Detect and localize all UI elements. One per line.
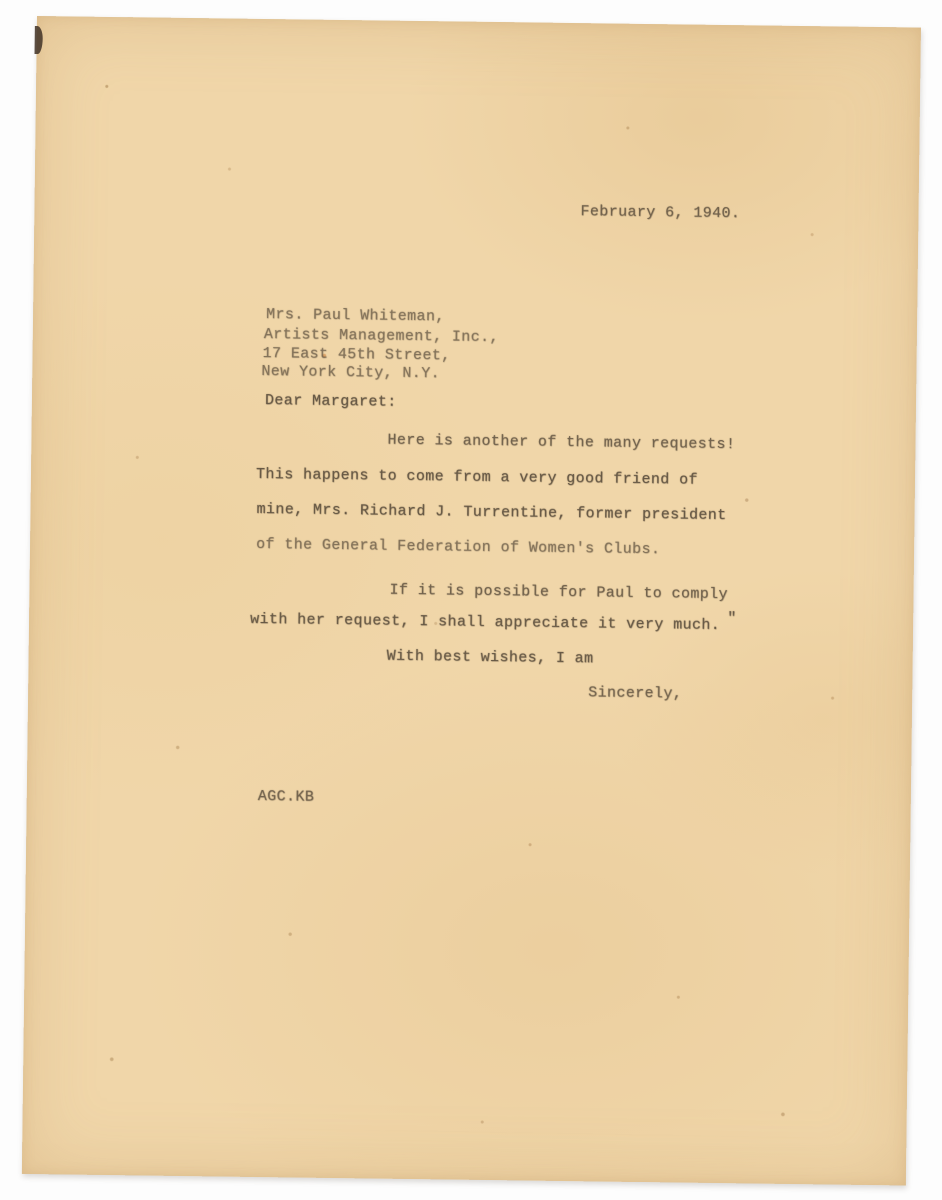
recipient-street: 17 East 45th Street, [262, 345, 450, 364]
stray-quote-mark: " [727, 610, 737, 627]
salutation: Dear Margaret: [265, 392, 397, 411]
body-paragraph2-line1: If it is possible for Paul to comply [389, 582, 728, 603]
body-paragraph1-line3: mine, Mrs. Richard J. Turrentine, former… [256, 501, 726, 524]
body-paragraph1-line1: Here is another of the many requests! [387, 432, 735, 454]
signoff: Sincerely, [588, 684, 682, 702]
letter-date: February 6, 1940. [580, 203, 740, 222]
body-paragraph2-line2: with her request, I shall appreciate it … [250, 611, 737, 634]
letter-paper: February 6, 1940. Mrs. Paul Whiteman, Ar… [22, 16, 921, 1185]
body-paragraph1-line4: of the General Federation of Women's Clu… [256, 536, 660, 558]
recipient-city: New York City, N.Y. [261, 363, 440, 382]
reference-initials: AGC.KB [258, 788, 315, 806]
closing-line: With best wishes, I am [387, 648, 594, 668]
body-paragraph1-line2: This happens to come from a very good fr… [256, 466, 698, 489]
paper-edge-tear-mark [35, 26, 43, 54]
scanned-letter-background: February 6, 1940. Mrs. Paul Whiteman, Ar… [0, 0, 942, 1200]
recipient-company: Artists Management, Inc., [264, 326, 499, 346]
recipient-name: Mrs. Paul Whiteman, [266, 306, 445, 325]
body-paragraph2-line2-text: with her request, I shall appreciate it … [250, 611, 720, 634]
